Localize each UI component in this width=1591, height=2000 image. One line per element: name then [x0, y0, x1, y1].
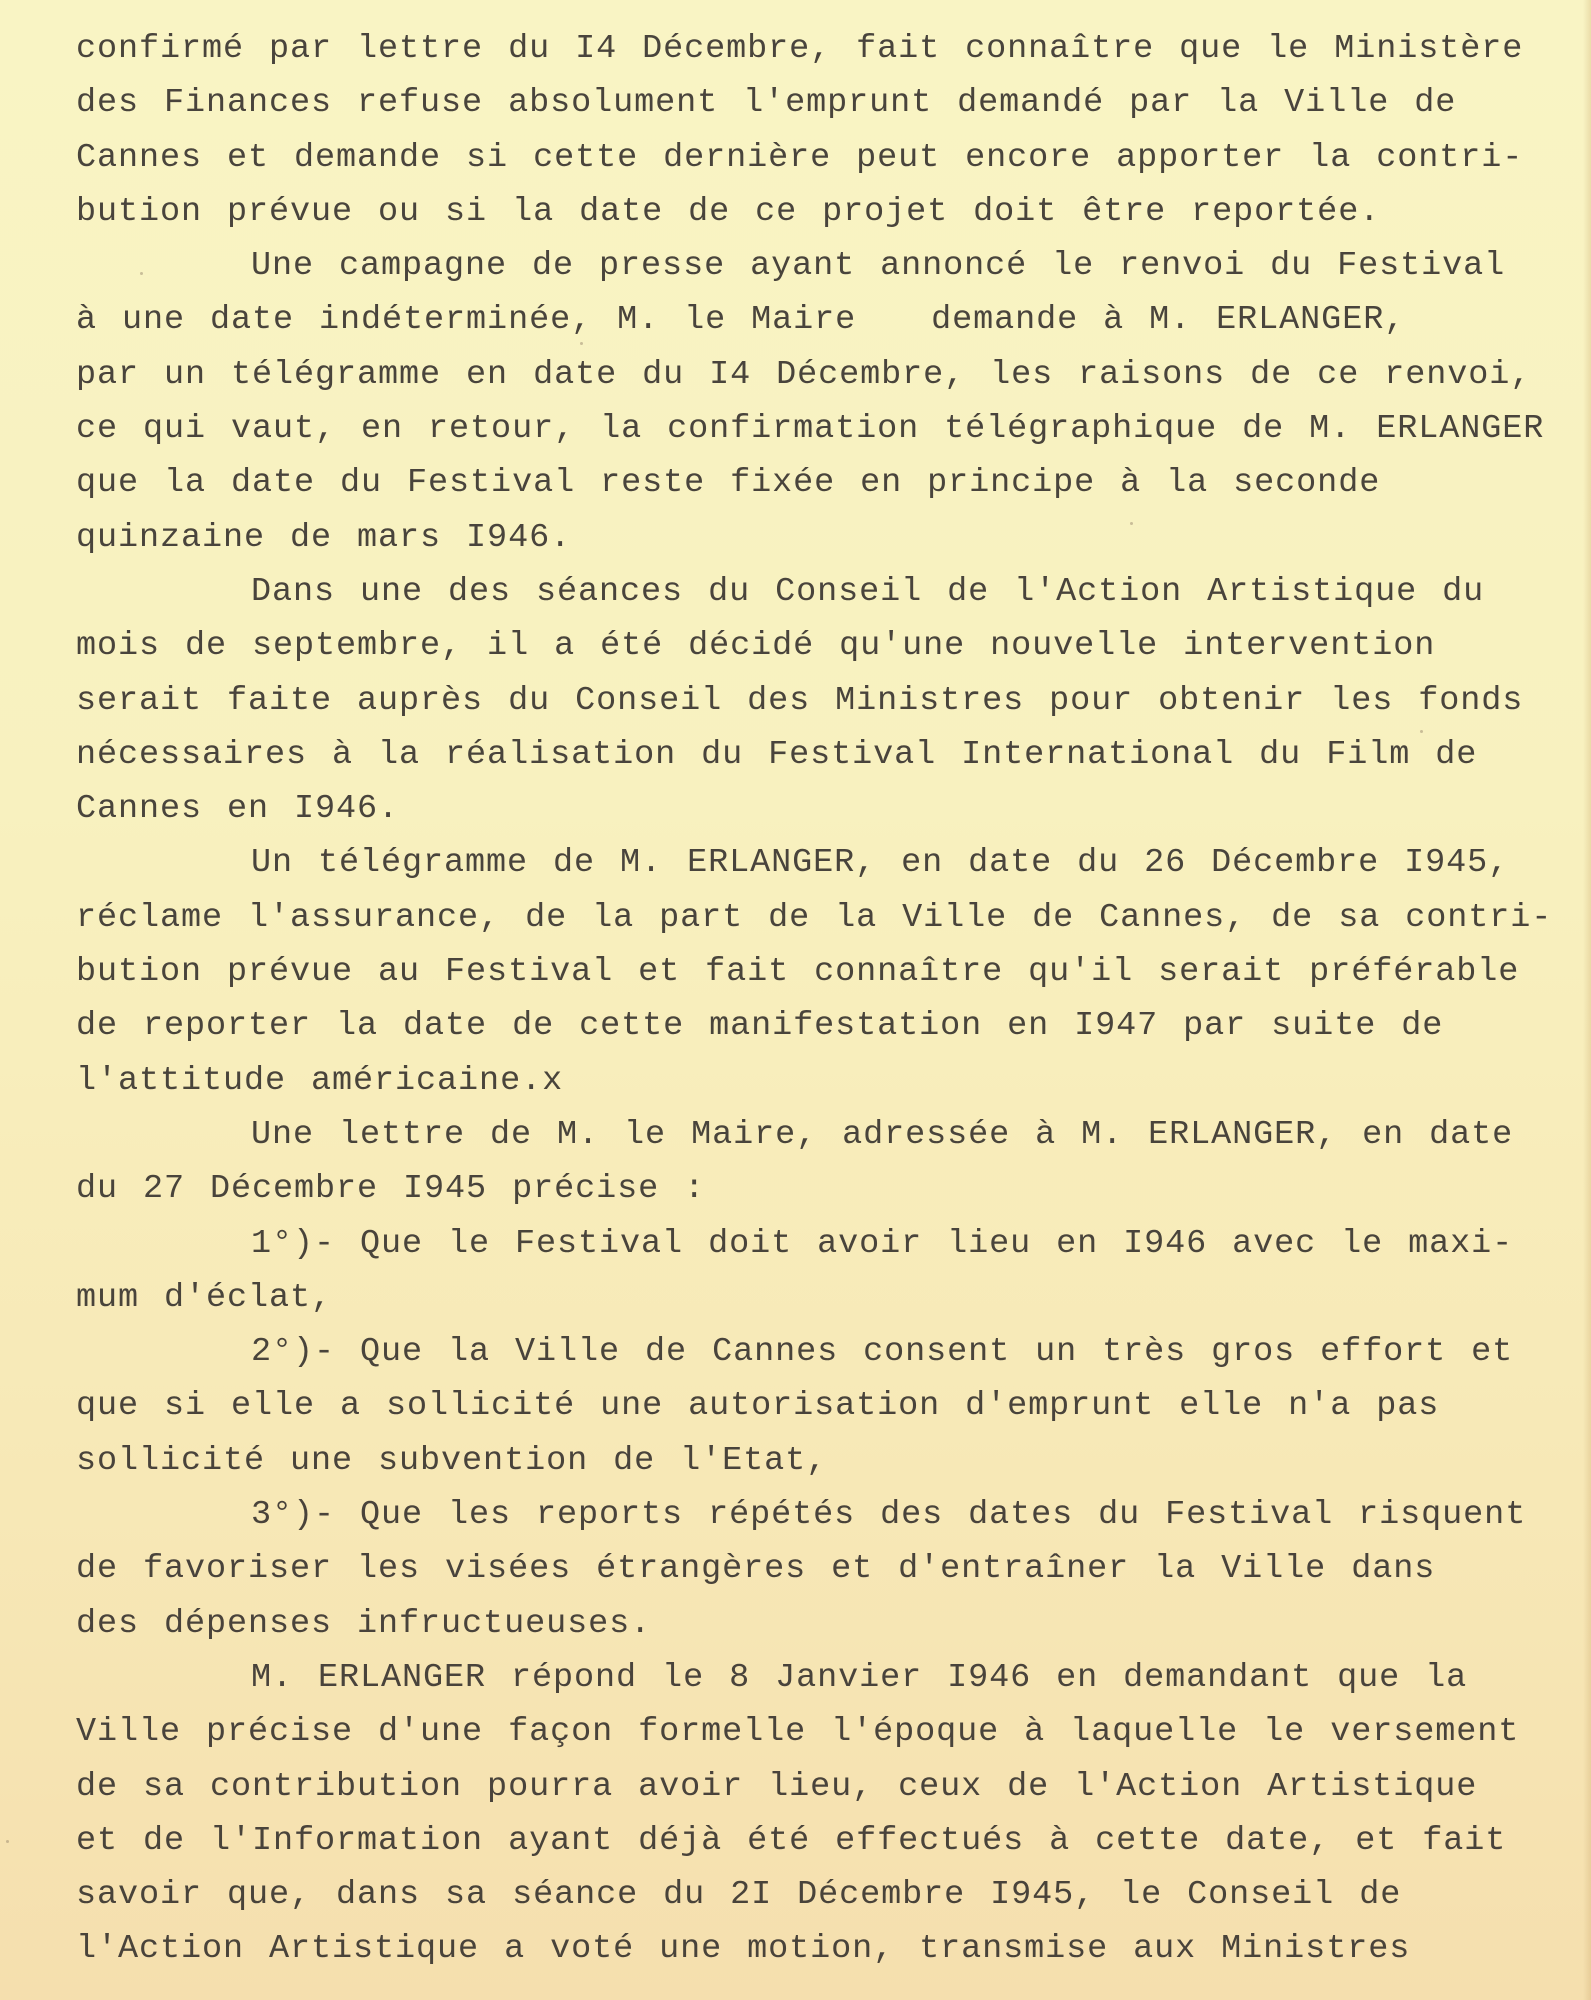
text-line: et de l'Information ayant déjà été effec… [76, 1814, 1576, 1868]
page-edge-shadow [1583, 0, 1591, 2000]
text-line: des dépenses infructueuses. [76, 1597, 1576, 1651]
document-page: confirmé par lettre du I4 Décembre, fait… [0, 0, 1591, 2000]
text-line: des Finances refuse absolument l'emprunt… [76, 76, 1576, 130]
text-line: de reporter la date de cette manifestati… [76, 999, 1576, 1053]
text-line: confirmé par lettre du I4 Décembre, fait… [76, 22, 1576, 76]
typewritten-text: confirmé par lettre du I4 Décembre, fait… [76, 22, 1576, 1977]
paragraph-start-line: Dans une des séances du Conseil de l'Act… [76, 565, 1576, 619]
text-line: ce qui vaut, en retour, la confirmation … [76, 402, 1576, 456]
text-line: sollicité une subvention de l'Etat, [76, 1434, 1576, 1488]
text-line: de favoriser les visées étrangères et d'… [76, 1542, 1576, 1596]
text-line: nécessaires à la réalisation du Festival… [76, 728, 1576, 782]
text-line: Cannes en I946. [76, 782, 1576, 836]
text-line: quinzaine de mars I946. [76, 511, 1576, 565]
text-line: l'attitude américaine.x [76, 1054, 1576, 1108]
text-line: savoir que, dans sa séance du 2I Décembr… [76, 1868, 1576, 1922]
text-line: mois de septembre, il a été décidé qu'un… [76, 619, 1576, 673]
paper-speck [6, 1840, 9, 1843]
text-line: par un télégramme en date du I4 Décembre… [76, 348, 1576, 402]
text-line: du 27 Décembre I945 précise : [76, 1162, 1576, 1216]
paragraph-start-line: M. ERLANGER répond le 8 Janvier I946 en … [76, 1651, 1576, 1705]
list-item-line: 3°)- Que les reports répétés des dates d… [76, 1488, 1576, 1542]
paper-speck [1130, 522, 1133, 525]
paper-speck [580, 342, 583, 345]
paper-speck [140, 272, 143, 275]
text-line: bution prévue au Festival et fait connaî… [76, 945, 1576, 999]
text-line: que la date du Festival reste fixée en p… [76, 456, 1576, 510]
paragraph-start-line: Une lettre de M. le Maire, adressée à M.… [76, 1108, 1576, 1162]
text-line: bution prévue ou si la date de ce projet… [76, 185, 1576, 239]
text-line: Ville précise d'une façon formelle l'épo… [76, 1705, 1576, 1759]
text-line: serait faite auprès du Conseil des Minis… [76, 674, 1576, 728]
text-line: que si elle a sollicité une autorisation… [76, 1379, 1576, 1433]
text-line: réclame l'assurance, de la part de la Vi… [76, 891, 1576, 945]
list-item-line: 2°)- Que la Ville de Cannes consent un t… [76, 1325, 1576, 1379]
text-line: mum d'éclat, [76, 1271, 1576, 1325]
paragraph-start-line: Un télégramme de M. ERLANGER, en date du… [76, 836, 1576, 890]
paragraph-start-line: Une campagne de presse ayant annoncé le … [76, 239, 1576, 293]
text-line: Cannes et demande si cette dernière peut… [76, 131, 1576, 185]
list-item-line: 1°)- Que le Festival doit avoir lieu en … [76, 1217, 1576, 1271]
paper-speck [1420, 730, 1423, 733]
text-line: à une date indéterminée, M. le Maire dem… [76, 293, 1576, 347]
text-line: l'Action Artistique a voté une motion, t… [76, 1922, 1576, 1976]
text-line: de sa contribution pourra avoir lieu, ce… [76, 1760, 1576, 1814]
